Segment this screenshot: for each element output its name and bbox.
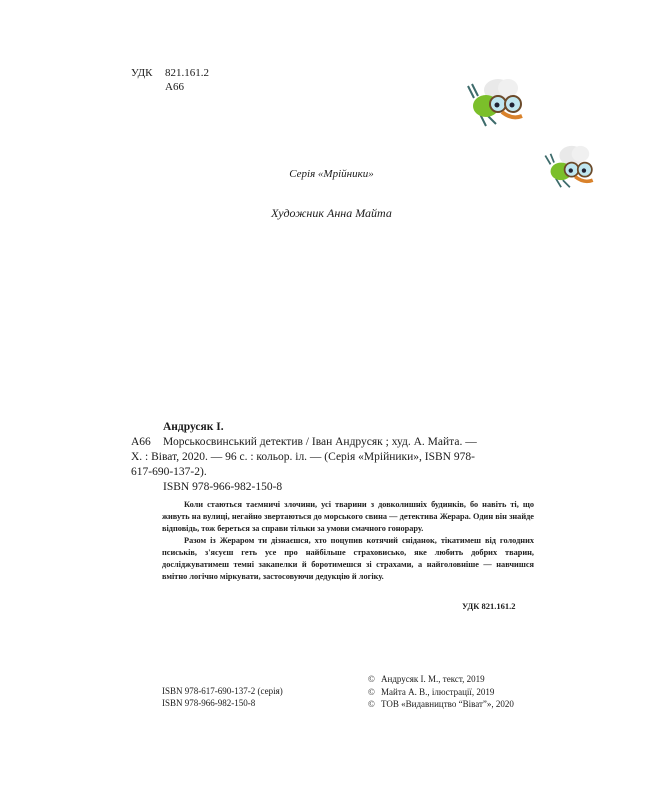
record-line-1: Морськосвинський детектив / Іван Андруся… — [163, 435, 477, 450]
copyright-text: Майта А. В., ілюстрації, 2019 — [381, 687, 494, 697]
copyright-icon: © — [368, 698, 381, 711]
isbn-series: ISBN 978-617-690-137-2 (серія) — [162, 685, 283, 697]
isbn-list: ISBN 978-617-690-137-2 (серія) ISBN 978-… — [162, 685, 283, 709]
copyright-text: ТОВ «Видавництво “Віват”», 2020 — [381, 699, 514, 709]
bibliographic-record: Андрусяк І. А66 Морськосвинський детекти… — [131, 420, 541, 495]
bug-illustration-icon — [540, 143, 598, 191]
isbn-book: ISBN 978-966-982-150-8 — [162, 697, 283, 709]
series-title: Серія «Мрійники» — [0, 168, 663, 180]
record-cipher: А66 — [131, 435, 163, 450]
copyright-list: ©Андрусяк І. М., текст, 2019 ©Майта А. В… — [368, 673, 514, 711]
copyright-icon: © — [368, 673, 381, 686]
record-author: Андрусяк І. — [131, 420, 541, 435]
copyright-icon: © — [368, 686, 381, 699]
record-line-3: 617-690-137-2). — [131, 465, 541, 480]
copyright-item: ©Майта А. В., ілюстрації, 2019 — [368, 686, 514, 699]
udk-header: УДК821.161.2 А66 — [131, 66, 209, 94]
record-line-2: Х. : Віват, 2020. — 96 с. : кольор. іл. … — [131, 450, 541, 465]
annotation: Коли стаються таємничі злочини, усі твар… — [162, 499, 534, 583]
bug-illustration-icon — [462, 76, 528, 130]
record-isbn: ISBN 978-966-982-150-8 — [131, 480, 541, 495]
copyright-item: ©Андрусяк І. М., текст, 2019 — [368, 673, 514, 686]
artist-credit: Художник Анна Майта — [0, 206, 663, 221]
copyright-text: Андрусяк І. М., текст, 2019 — [381, 674, 485, 684]
udk-code: 821.161.2 — [165, 67, 209, 79]
copyright-item: ©ТОВ «Видавництво “Віват”», 2020 — [368, 698, 514, 711]
udk-label: УДК — [131, 66, 165, 80]
author-mark: А66 — [131, 80, 209, 94]
annotation-paragraph: Разом із Жераром ти дізнаєшся, хто поцуп… — [162, 535, 534, 583]
annotation-paragraph: Коли стаються таємничі злочини, усі твар… — [162, 499, 534, 535]
udk-bottom: УДК 821.161.2 — [462, 601, 516, 611]
